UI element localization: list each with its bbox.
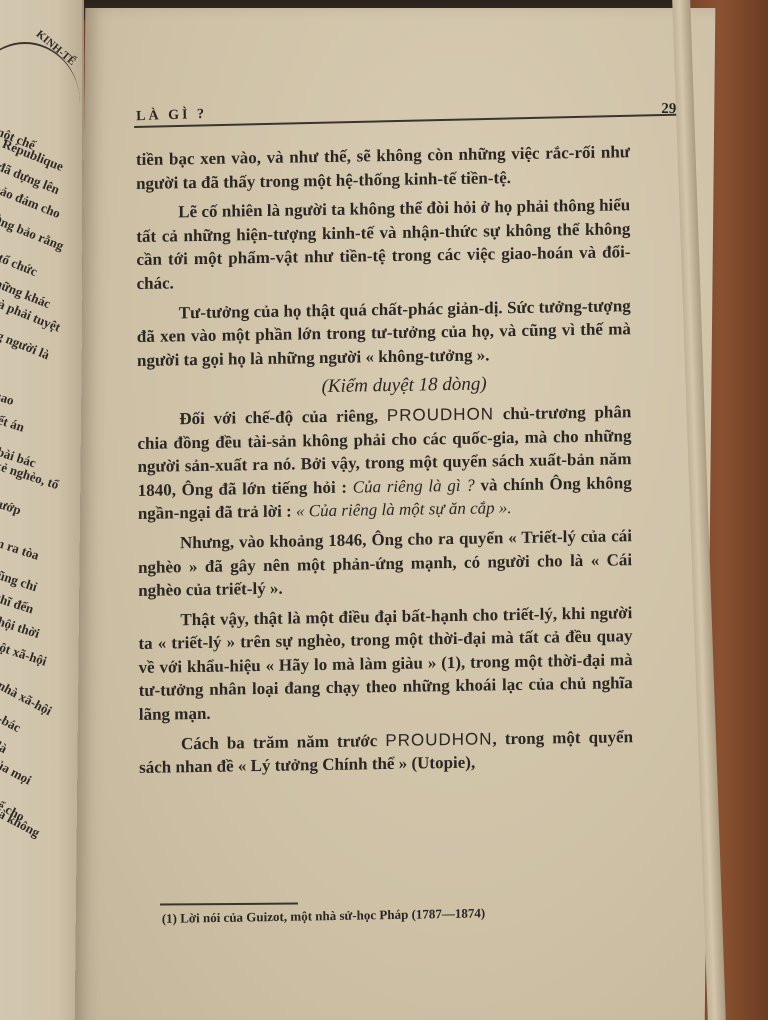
facing-page-line: những nhà xã-hội [0,659,54,719]
facing-page-left: KINH-TẾ ng gọi một chế-a Républiqueđã dự… [0,0,84,1020]
paragraph-2: Lẽ cố nhiên là người ta không thể đòi hỏ… [136,193,631,295]
facing-page-line: ết là làm sao [0,372,16,409]
quote-question: Của riêng là gì ? [353,475,475,496]
paragraph-5: Nhưng, vào khoảng 1846, Ông cho ra quyển… [138,524,632,603]
censorship-note: (Kiểm duyệt 18 dòng) [137,371,631,402]
paragraph-4: Đối với chế-độ của riêng, PROUDHON chủ-t… [137,400,632,526]
author-name: PROUDHON [385,729,492,750]
paragraph-7: Cách ba trăm năm trước PROUDHON, trong m… [139,725,633,780]
facing-page-line: n tất tả, cướp [0,480,23,518]
quote-answer: « Của riêng là một sự ăn cắp ». [296,498,512,520]
body-text: tiền bạc xen vào, và như thế, sẽ không c… [136,140,633,786]
paragraph-3: Tư-tưởng của họ thật quá chất-phác giản-… [137,294,631,373]
paragraph-6: Thật vậy, thật là một điều đại bất-hạnh … [138,601,633,727]
running-title: LÀ GÌ ? [136,107,207,125]
book-page: LÀ GÌ ? 29 tiền bạc xen vào, và như thế,… [75,8,716,1020]
footnote: (1) Lời nói của Guizot, một nhà sử-học P… [162,902,662,927]
paragraph-1: tiền bạc xen vào, và như thế, sẽ không c… [136,140,630,195]
author-name: PROUDHON [387,404,494,425]
footnote-rule [160,903,298,906]
facing-page-line: đã bị đem ra tòa [0,520,41,563]
